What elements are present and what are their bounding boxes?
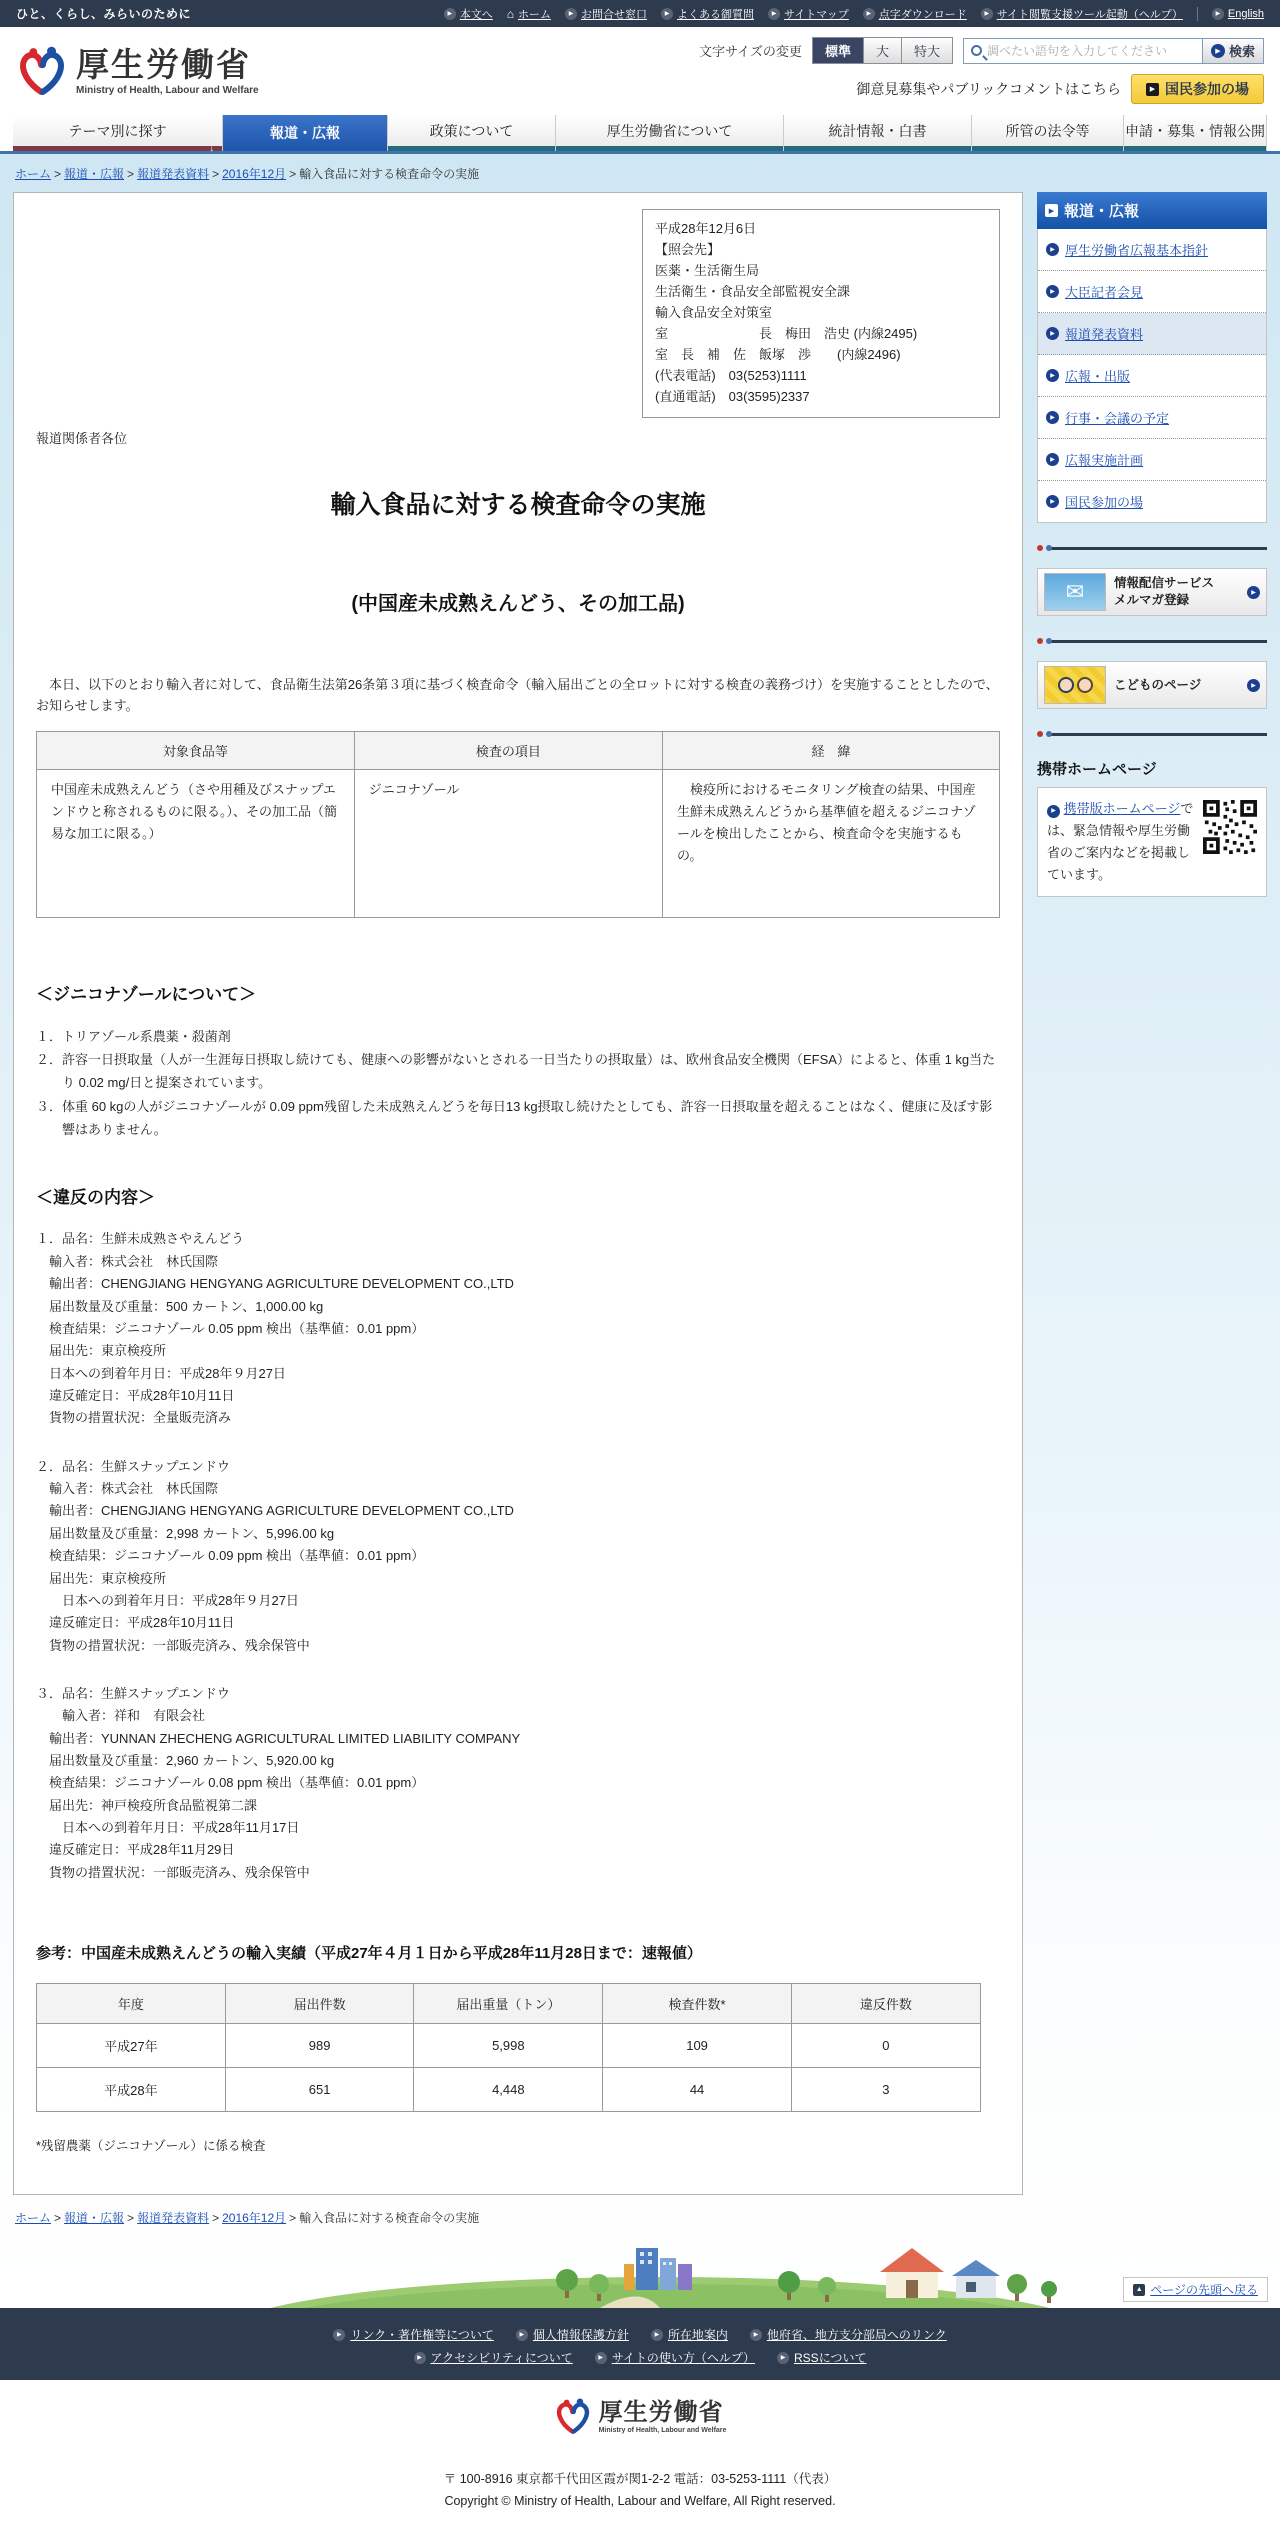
footer-link-rss[interactable]: ▶RSSについて xyxy=(777,2349,866,2366)
section-heading-diniconazole: ＜ジニコナゾールについて＞ xyxy=(36,980,1000,1005)
arrow-icon: ▶ xyxy=(1046,243,1059,256)
table-row: 中国産未成熟えんどう（さや用種及びスナップエンドウと称されるものに限る。）、その… xyxy=(37,769,1000,917)
font-size-standard-button[interactable]: 標準 xyxy=(813,38,863,63)
column-header: 届出件数 xyxy=(225,1984,414,2024)
arrow-icon: ▶ xyxy=(1212,8,1224,20)
breadcrumb-press[interactable]: 報道・広報 xyxy=(64,2211,124,2225)
arrow-icon: ▶ xyxy=(1046,495,1059,508)
footer-link-copyright-policy[interactable]: ▶リンク・著作権等について xyxy=(333,2326,494,2343)
breadcrumb-home[interactable]: ホーム xyxy=(15,167,51,181)
sidebar-item-pr-policy[interactable]: ▶厚生労働省広報基本指針 xyxy=(1038,229,1266,271)
table-row: 平成27年 989 5,998 109 0 xyxy=(37,2024,981,2068)
table-footnote: *残留農薬（ジニコナゾール）に係る検査 xyxy=(36,2136,1000,2154)
divider xyxy=(1197,7,1198,21)
sidebar-item-participation[interactable]: ▶国民参加の場 xyxy=(1038,481,1266,522)
column-header: 届出重量（トン） xyxy=(414,1984,603,2024)
envelope-icon: ✉ xyxy=(1044,573,1106,611)
sidebar-item-events[interactable]: ▶行事・会議の予定 xyxy=(1038,397,1266,439)
column-header: 検査の項目 xyxy=(354,731,662,769)
footer-illustration: ▲ページの先頭へ戻る xyxy=(0,2230,1280,2308)
search-icon xyxy=(971,45,982,56)
arrow-icon: ▶ xyxy=(1045,204,1058,217)
footer-link-other-ministries[interactable]: ▶他府省、地方支分部局へのリンク xyxy=(750,2326,947,2343)
footer-link-location[interactable]: ▶所在地案内 xyxy=(651,2326,728,2343)
import-record-table: 年度 届出件数 届出重量（トン） 検査件数* 違反件数 平成27年 989 5,… xyxy=(36,1983,981,2112)
breadcrumb-press[interactable]: 報道・広報 xyxy=(64,167,124,181)
sidebar: ▶報道・広報 ▶厚生労働省広報基本指針 ▶大臣記者会見 ▶報道発表資料 ▶広報・… xyxy=(1037,192,1267,897)
mailmag-banner[interactable]: ✉ 情報配信サービスメルマガ登録 ▶ xyxy=(1037,568,1267,616)
sidebar-divider xyxy=(1051,640,1267,643)
breadcrumb-bottom: ホーム>報道・広報>報道発表資料>2016年12月>輸入食品に対する検査命令の実… xyxy=(13,2195,1267,2226)
mobile-site-heading: 携帯ホームページ xyxy=(1037,758,1267,779)
sidebar-divider xyxy=(1051,547,1267,550)
link-contact-desk[interactable]: ▶お問合せ窓口 xyxy=(565,6,647,22)
back-to-top-button[interactable]: ▲ページの先頭へ戻る xyxy=(1123,2277,1268,2302)
site-header: 厚生労働省 Ministry of Health, Labour and Wel… xyxy=(0,27,1280,115)
arrow-icon: ▶ xyxy=(1047,805,1060,818)
font-size-xlarge-button[interactable]: 特大 xyxy=(901,38,952,63)
breadcrumb-press-release[interactable]: 報道発表資料 xyxy=(137,2211,209,2225)
column-header: 違反件数 xyxy=(791,1984,980,2024)
arrow-icon: ▶ xyxy=(1247,679,1260,692)
table-row: 平成28年 651 4,448 44 3 xyxy=(37,2068,981,2112)
salutation: 報道関係者各位 xyxy=(36,428,1000,447)
column-header: 年度 xyxy=(37,1984,226,2024)
global-nav: テーマ別に探す↓ 報道・広報 政策について 厚生労働省について 統計情報・白書 … xyxy=(0,115,1280,154)
tab-applications[interactable]: 申請・募集・情報公開 xyxy=(1124,115,1267,151)
sidebar-divider xyxy=(1051,733,1267,736)
page-subtitle: (中国産未成熟えんどう、その加工品) xyxy=(36,587,1000,616)
arrow-icon: ▶ xyxy=(1046,453,1059,466)
search-button[interactable]: ▶検索 xyxy=(1202,39,1263,63)
arrow-icon: ▶ xyxy=(661,8,673,20)
page-body: ホーム>報道・広報>報道発表資料>2016年12月>輸入食品に対する検査命令の実… xyxy=(0,154,1280,2308)
site-tagline: ひと、くらし、みらいのために xyxy=(16,5,191,22)
kids-icon xyxy=(1044,666,1106,704)
arrow-icon: ▶ xyxy=(651,2329,663,2341)
arrow-icon: ▶ xyxy=(516,2329,528,2341)
logo-subtitle: Ministry of Health, Labour and Welfare xyxy=(76,85,259,96)
search-input[interactable] xyxy=(987,44,1202,58)
tab-policy[interactable]: 政策について xyxy=(388,115,556,151)
column-header: 検査件数* xyxy=(603,1984,792,2024)
arrow-icon: ▶ xyxy=(1046,327,1059,340)
violation-item-2: ２．品名：生鮮スナップエンドウ 輸入者：株式会社 林氏国際 輸出者：CHENGJ… xyxy=(36,1456,1000,1657)
main-content: 平成28年12月6日【照会先】医薬・生活衛生局生活衛生・食品安全部監視安全課輸入… xyxy=(13,192,1023,2195)
arrow-icon: ▶ xyxy=(444,8,456,20)
arrow-icon: ▶ xyxy=(414,2352,426,2364)
sidebar-item-press-release[interactable]: ▶報道発表資料 xyxy=(1038,313,1266,355)
page-title: 輸入食品に対する検査命令の実施 xyxy=(36,485,1000,521)
down-arrow-icon: ↓ xyxy=(210,143,215,153)
breadcrumb-current: 輸入食品に対する検査命令の実施 xyxy=(299,2211,479,2225)
reference-heading: 参考：中国産未成熟えんどうの輸入実績（平成27年４月１日から平成28年11月28… xyxy=(36,1942,1000,1963)
font-size-large-button[interactable]: 大 xyxy=(863,38,901,63)
arrow-icon: ▶ xyxy=(1211,44,1225,58)
sidebar-item-minister-conference[interactable]: ▶大臣記者会見 xyxy=(1038,271,1266,313)
order-summary-table: 対象食品等 検査の項目 経 緯 中国産未成熟えんどう（さや用種及びスナップエンド… xyxy=(36,731,1000,918)
tab-statistics[interactable]: 統計情報・白書 xyxy=(784,115,972,151)
arrow-icon: ▶ xyxy=(1046,411,1059,424)
footer-logo: 厚生労働省 Ministry of Health, Labour and Wel… xyxy=(554,2398,727,2436)
footer-link-help[interactable]: ▶サイトの使い方（ヘルプ） xyxy=(595,2349,755,2366)
utility-bar: ひと、くらし、みらいのために ▶本文へ ⌂ホーム ▶お問合せ窓口 ▶よくある御質… xyxy=(0,0,1280,27)
link-assist-tool[interactable]: ▶サイト閲覧支援ツール起動（ヘルプ） xyxy=(981,6,1183,22)
tab-laws[interactable]: 所管の法令等 xyxy=(972,115,1124,151)
tab-about-mhlw[interactable]: 厚生労働省について xyxy=(556,115,784,151)
link-sitemap[interactable]: ▶サイトマップ xyxy=(768,6,849,22)
footer-copyright: Copyright © Ministry of Health, Labour a… xyxy=(0,2494,1280,2508)
arrow-icon: ▶ xyxy=(1046,285,1059,298)
violation-item-1: １．品名：生鮮未成熟さやえんどう 輸入者：株式会社 林氏国際 輸出者：CHENG… xyxy=(36,1228,1000,1429)
table-cell: 中国産未成熟えんどう（さや用種及びスナップエンドウと称されるものに限る。）、その… xyxy=(37,769,355,917)
footer-link-accessibility[interactable]: ▶アクセシビリティについて xyxy=(414,2349,573,2366)
link-braille-download[interactable]: ▶点字ダウンロード xyxy=(863,6,967,22)
table-cell: ジニコナゾール xyxy=(354,769,662,917)
mobile-site-link[interactable]: 携帯版ホームページ xyxy=(1064,801,1181,816)
public-comment-text: 御意見募集やパブリックコメントはこちら xyxy=(856,79,1121,99)
breadcrumb-month[interactable]: 2016年12月 xyxy=(222,2211,286,2225)
mhlw-logo-mark xyxy=(554,2398,592,2436)
font-size-label: 文字サイズの変更 xyxy=(699,41,802,60)
kids-page-banner[interactable]: こどものページ ▶ xyxy=(1037,661,1267,709)
logo-title: 厚生労働省 xyxy=(76,48,259,83)
arrow-icon: ▶ xyxy=(768,8,780,20)
lead-paragraph: 本日、以下のとおり輸入者に対して、食品衛生法第26条第３項に基づく検査命令（輸入… xyxy=(36,674,1000,716)
breadcrumb-month[interactable]: 2016年12月 xyxy=(222,167,286,181)
diniconazole-facts: １．トリアゾール系農薬・殺菌剤 ２．許容一日摂取量（人が一生涯毎日摂取し続けても… xyxy=(36,1025,1000,1142)
mhlw-logo-mark xyxy=(16,46,68,98)
arrow-icon: ▶ xyxy=(333,2329,345,2341)
table-cell: 検疫所におけるモニタリング検査の結果、中国産生鮮未成熟えんどうから基準値を超える… xyxy=(662,769,999,917)
sidebar-item-pr-plan[interactable]: ▶広報実施計画 xyxy=(1038,439,1266,481)
contact-box: 平成28年12月6日【照会先】医薬・生活衛生局生活衛生・食品安全部監視安全課輸入… xyxy=(642,209,1000,418)
link-english[interactable]: ▶English xyxy=(1212,8,1264,20)
tab-press[interactable]: 報道・広報 xyxy=(223,115,388,151)
column-header: 対象食品等 xyxy=(37,731,355,769)
section-heading-violations: ＜違反の内容＞ xyxy=(36,1183,1000,1208)
arrow-icon: ▶ xyxy=(1247,586,1260,599)
arrow-icon: ▶ xyxy=(1146,83,1159,96)
footer-address: 〒 100-8916 東京都千代田区霞が関1-2-2 電話：03-5253-11… xyxy=(0,2469,1280,2487)
arrow-icon: ▶ xyxy=(750,2329,762,2341)
page-top-icon: ▲ xyxy=(1133,2284,1145,2296)
qr-code-image xyxy=(1203,800,1257,854)
arrow-icon: ▶ xyxy=(1046,369,1059,382)
link-to-main-content[interactable]: ▶本文へ xyxy=(444,6,493,22)
tab-themes[interactable]: テーマ別に探す↓ xyxy=(13,115,223,151)
mhlw-logo[interactable]: 厚生労働省 Ministry of Health, Labour and Wel… xyxy=(16,35,259,109)
arrow-icon: ▶ xyxy=(981,8,993,20)
arrow-icon: ▶ xyxy=(863,8,875,20)
home-icon: ⌂ xyxy=(507,8,514,20)
column-header: 経 緯 xyxy=(662,731,999,769)
breadcrumb-press-release[interactable]: 報道発表資料 xyxy=(137,167,209,181)
breadcrumb: ホーム>報道・広報>報道発表資料>2016年12月>輸入食品に対する検査命令の実… xyxy=(13,154,1267,192)
link-home[interactable]: ⌂ホーム xyxy=(507,6,551,22)
violation-item-3: ３．品名：生鮮スナップエンドウ 輸入者：祥和 有限会社 輸出者：YUNNAN Z… xyxy=(36,1683,1000,1884)
arrow-icon: ▶ xyxy=(777,2352,789,2364)
breadcrumb-current: 輸入食品に対する検査命令の実施 xyxy=(299,167,479,181)
sidebar-header: ▶報道・広報 xyxy=(1037,192,1267,229)
arrow-icon: ▶ xyxy=(595,2352,607,2364)
footer-info: 厚生労働省 Ministry of Health, Labour and Wel… xyxy=(0,2380,1280,2542)
public-participation-button[interactable]: ▶国民参加の場 xyxy=(1131,74,1264,104)
arrow-icon: ▶ xyxy=(565,8,577,20)
link-faq[interactable]: ▶よくある御質問 xyxy=(661,6,754,22)
sidebar-item-publication[interactable]: ▶広報・出版 xyxy=(1038,355,1266,397)
mobile-site-box: ▶ 携帯版ホームページでは、緊急情報や厚生労働省のご案内などを掲載しています。 xyxy=(1037,787,1267,897)
footer-link-privacy[interactable]: ▶個人情報保護方針 xyxy=(516,2326,629,2343)
footer-nav: ▶リンク・著作権等について ▶個人情報保護方針 ▶所在地案内 ▶他府省、地方支分… xyxy=(0,2308,1280,2380)
breadcrumb-home[interactable]: ホーム xyxy=(15,2211,51,2225)
